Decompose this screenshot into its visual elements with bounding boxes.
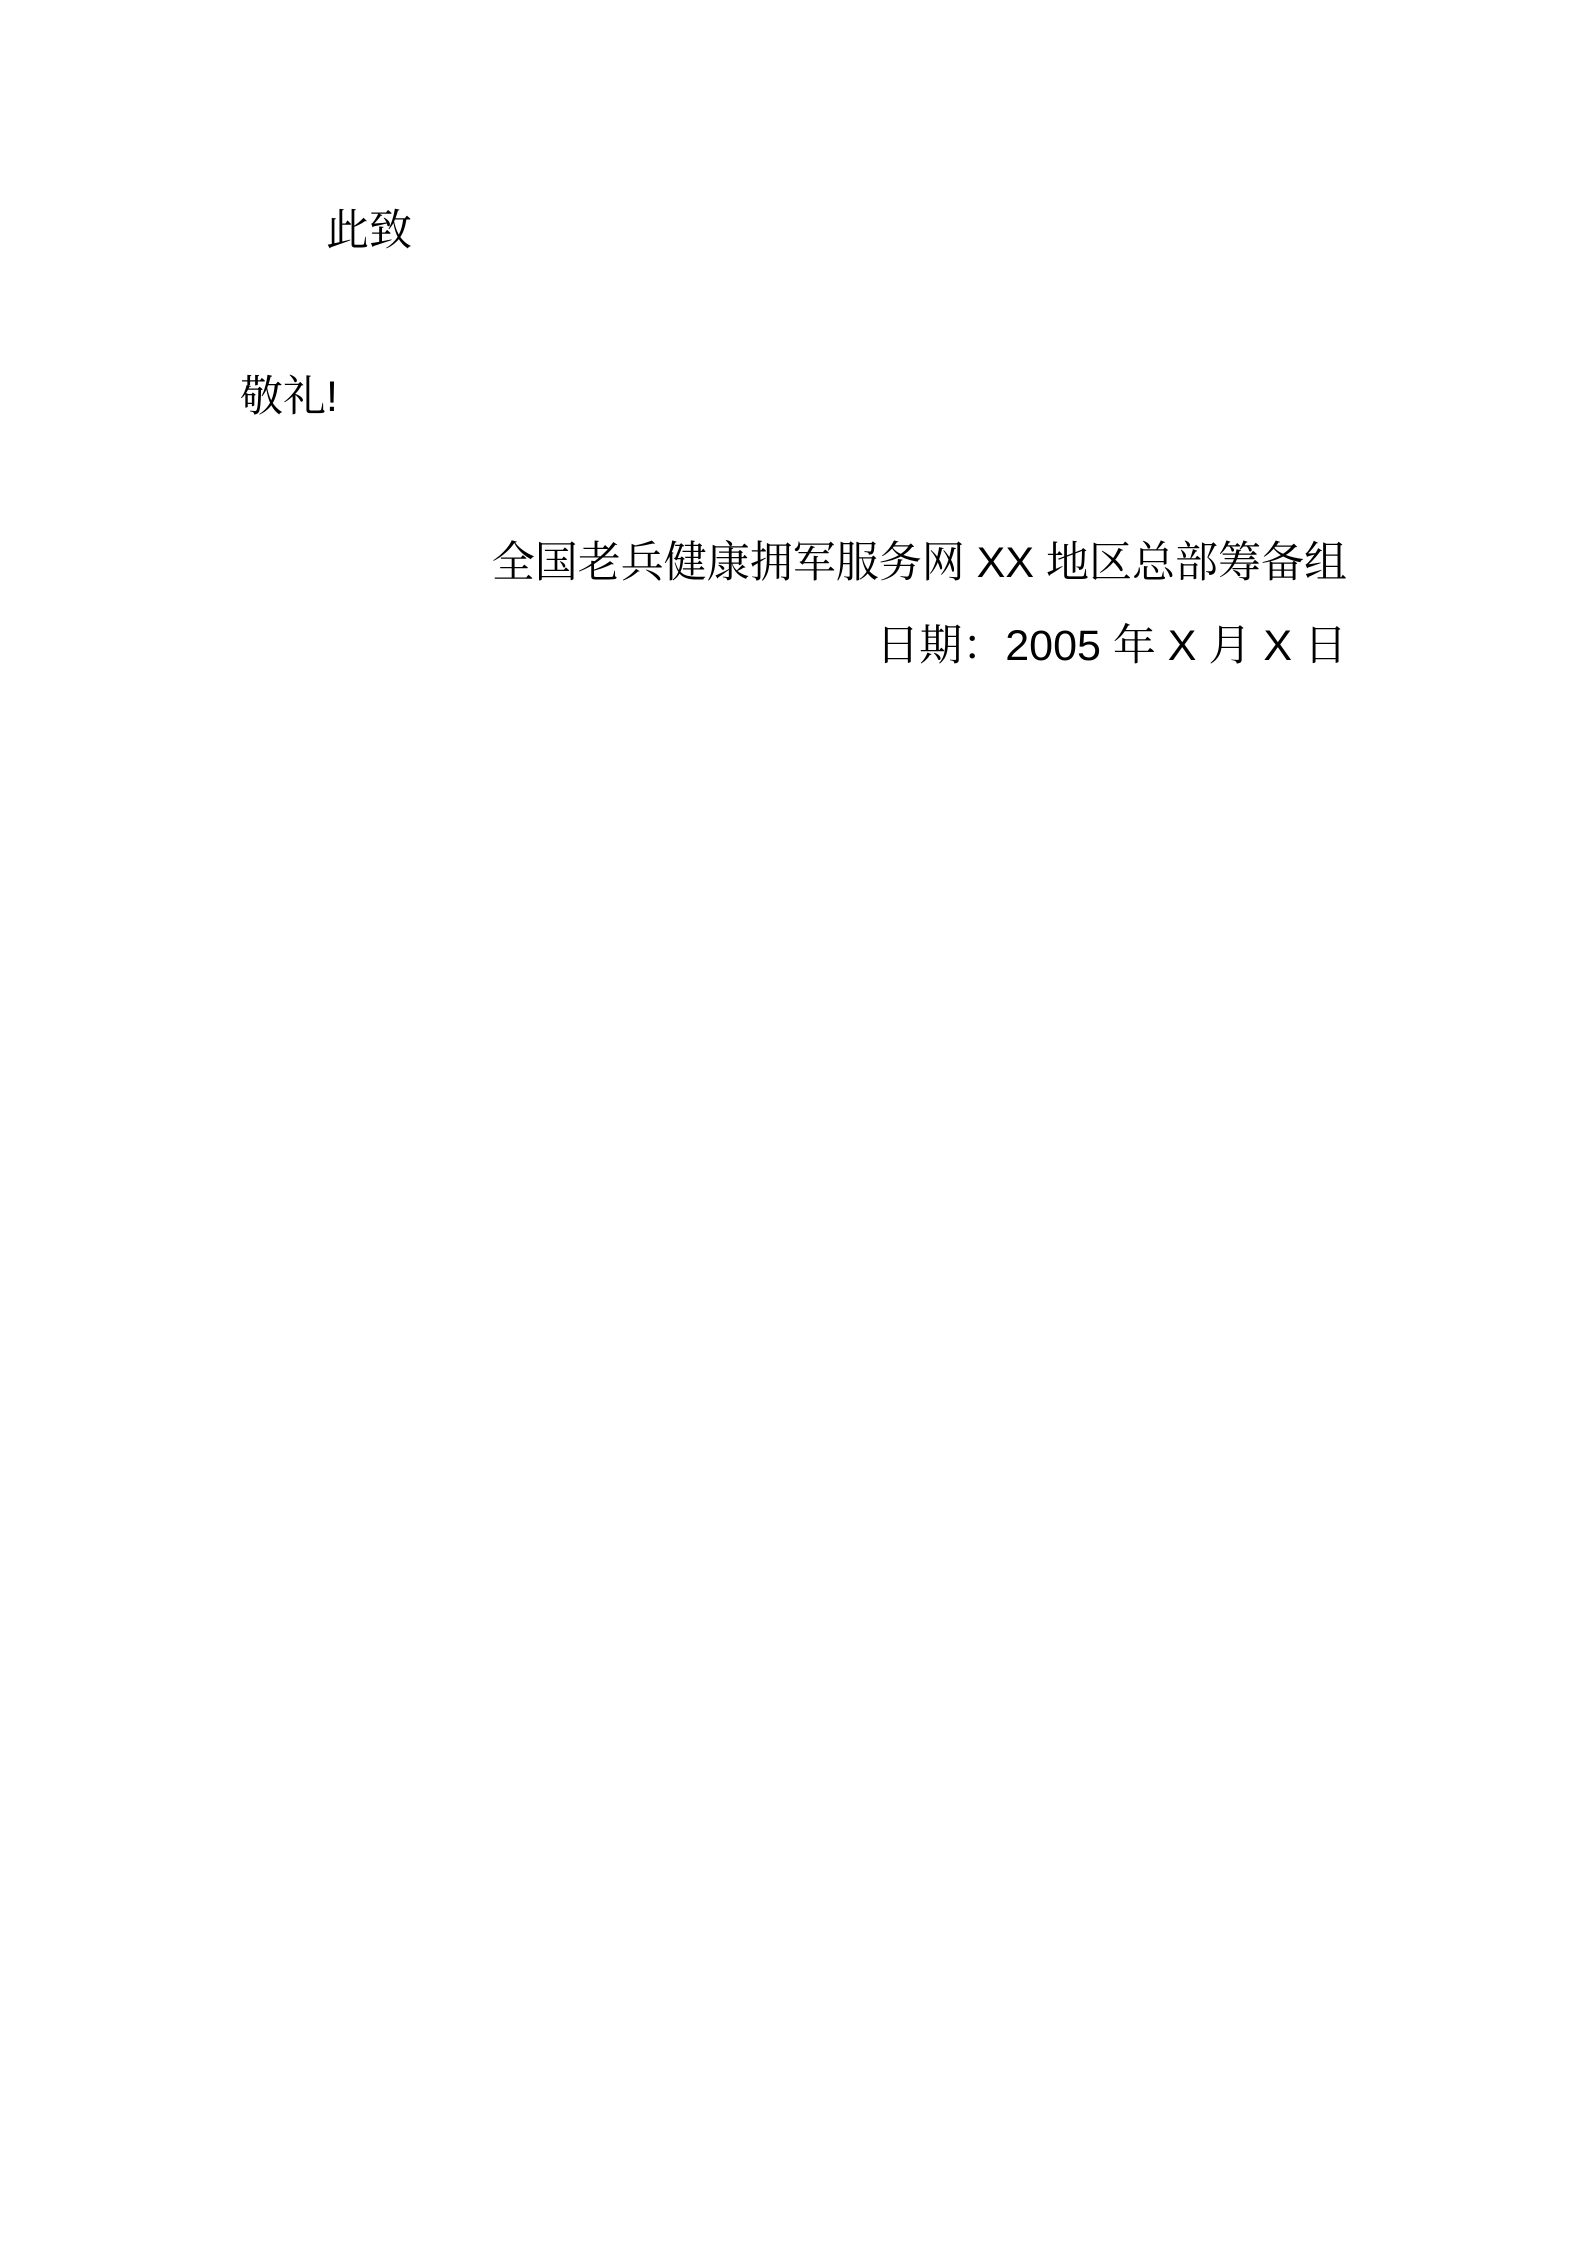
signature-date-line: 日期：2005 年 X 月 X 日 [240, 605, 1347, 688]
closing-phrase-line: 此致 [240, 190, 1347, 273]
blank-line-1 [240, 273, 1347, 356]
signature-org-line: 全国老兵健康拥军服务网 XX 地区总部筹备组 [240, 522, 1347, 605]
blank-line-2 [240, 439, 1347, 522]
salute-line: 敬礼! [240, 356, 1347, 439]
letter-closing-block: 此致 敬礼! 全国老兵健康拥军服务网 XX 地区总部筹备组 日期：2005 年 … [240, 190, 1347, 688]
document-page: 此致 敬礼! 全国老兵健康拥军服务网 XX 地区总部筹备组 日期：2005 年 … [0, 0, 1587, 2245]
